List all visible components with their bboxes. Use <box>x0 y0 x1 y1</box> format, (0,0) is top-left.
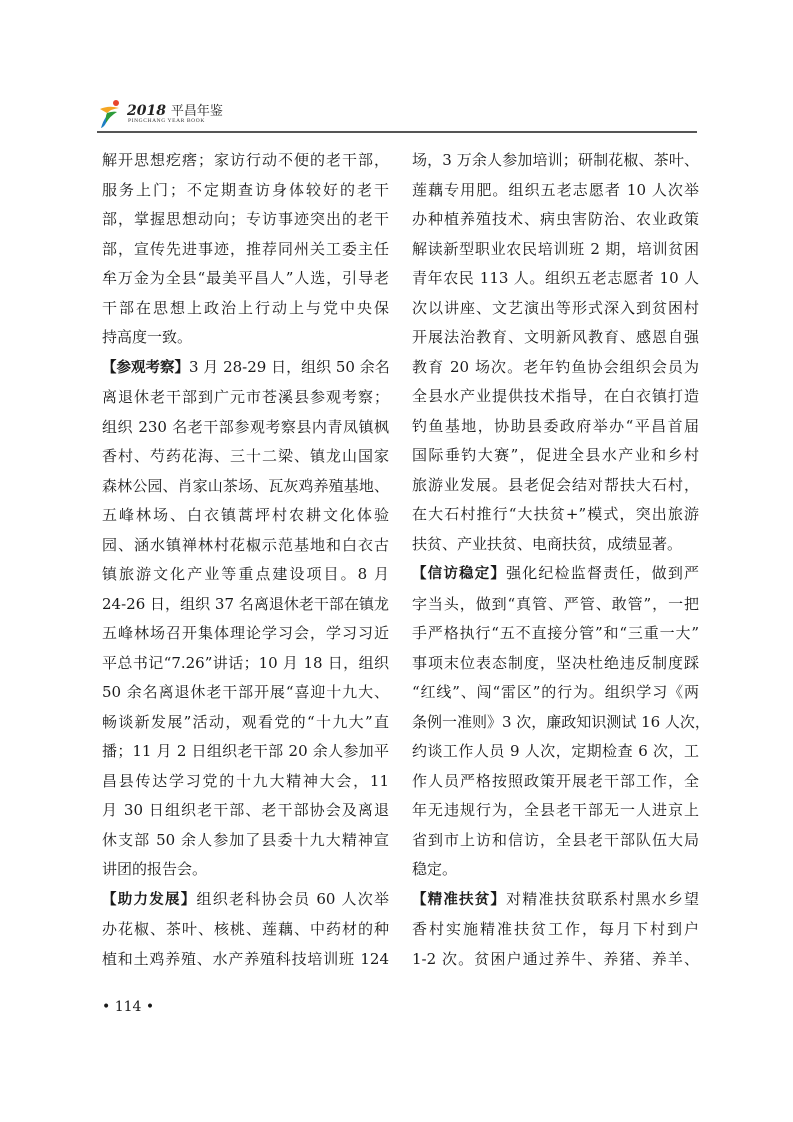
text-line: 畅谈新发展”活动，观看党的“十九大”直 <box>102 708 389 738</box>
text-line: 解开思想疙瘩；家访行动不便的老干部， <box>102 146 389 176</box>
text-line: 稳定。 <box>412 855 699 885</box>
left-column: 解开思想疙瘩；家访行动不便的老干部， 服务上门；不定期查访身体较好的老干 部，掌… <box>102 146 389 974</box>
text-line: 园、涵水镇禅林村花椒示范基地和白衣古 <box>102 531 389 561</box>
text-line: 年无违规行为，全县老干部无一人进京上 <box>412 796 699 826</box>
text-line: 条例一准则》3 次，廉政知识测试 16 人次， <box>412 708 699 738</box>
yearbook-title: 2018 平昌年鉴 <box>127 100 223 119</box>
text-line: 1-2 次。贫困户通过养牛、养猪、养羊、 <box>412 945 699 975</box>
text-line: 省到市上访和信访，全县老干部队伍大局 <box>412 826 699 856</box>
text-line: 香村实施精准扶贫工作，每月下村到户 <box>412 915 699 945</box>
text-line: 国际垂钓大赛”，促进全县水产业和乡村 <box>412 441 699 471</box>
text-line: 昌县传达学习党的十九大精神大会，11 <box>102 767 389 797</box>
section-petition-stability: 【信访稳定】强化纪检监督责任，做到严 字当头，做到“真管、严管、敢管”，一把 手… <box>412 559 699 885</box>
section-heading: 【助力发展】 <box>102 892 197 908</box>
text-line: 【参观考察】3 月 28-29 日，组织 50 余名 <box>102 353 389 384</box>
text-line: 服务上门；不定期查访身体较好的老干 <box>102 176 389 206</box>
section-heading: 【参观考察】 <box>102 360 189 376</box>
text-line: 讲团的报告会。 <box>102 855 389 885</box>
text-line: “红线”、闯“雷区”的行为。组织学习《两 <box>412 678 699 708</box>
text-line: 月 30 日组织老干部、老干部协会及离退 <box>102 796 389 826</box>
section-visit-inspection: 【参观考察】3 月 28-29 日，组织 50 余名 离退休老干部到广元市苍溪县… <box>102 353 389 885</box>
text-line: 【助力发展】组织老科协会员 60 人次举 <box>102 885 389 916</box>
text-line: 事项末位表态制度，坚决杜绝违反制度踩 <box>412 649 699 679</box>
text-line: 播；11 月 2 日组织老干部 20 余人参加平 <box>102 737 389 767</box>
section-heading: 【信访稳定】 <box>412 566 506 582</box>
text-line: 字当头，做到“真管、严管、敢管”，一把 <box>412 590 699 620</box>
text-line: 场，3 万余人参加培训；研制花椒、茶叶、 <box>412 146 699 176</box>
text-line: 在大石村推行“大扶贫+”模式，突出旅游 <box>412 500 699 530</box>
text-line: 50 余名离退休老干部开展“喜迎十九大、 <box>102 678 389 708</box>
yearbook-year: 2018 <box>127 103 166 119</box>
right-column: 场，3 万余人参加培训；研制花椒、茶叶、 莲藕专用肥。组织五老志愿者 10 人次… <box>412 146 699 974</box>
text-line: 旅游业发展。县老促会结对帮扶大石村， <box>412 471 699 501</box>
text-line: 教育 20 场次。老年钓鱼协会组织会员为 <box>412 353 699 383</box>
yearbook-subtitle: PINGCHANG YEAR BOOK <box>128 118 205 124</box>
text-line: 干部在思想上政治上行动上与党中央保 <box>102 294 389 324</box>
text-line: 【信访稳定】强化纪检监督责任，做到严 <box>412 559 699 590</box>
text-line: 平总书记“7.26”讲话；10 月 18 日，组织 <box>102 649 389 679</box>
paragraph-continuation: 解开思想疙瘩；家访行动不便的老干部， 服务上门；不定期查访身体较好的老干 部，掌… <box>102 146 389 353</box>
section-heading: 【精准扶贫】 <box>412 892 506 908</box>
text-line: 部，掌握思想动向；专访事迹突出的老干 <box>102 205 389 235</box>
text-line: 部，宣传先进事迹，推荐同州关工委主任 <box>102 235 389 265</box>
text-line: 扶贫、产业扶贫、电商扶贫，成绩显著。 <box>412 530 699 560</box>
yearbook-title-cn: 平昌年鉴 <box>171 104 223 119</box>
text-line: 休支部 50 余人参加了县委十九大精神宣 <box>102 826 389 856</box>
section-targeted-poverty-alleviation: 【精准扶贫】对精准扶贫联系村黑水乡望 香村实施精准扶贫工作，每月下村到户 1-2… <box>412 885 699 975</box>
text-line: 牟万金为全县“最美平昌人”人选，引导老 <box>102 264 389 294</box>
text-line: 组织 230 名老干部参观考察县内青凤镇枫 <box>102 413 389 443</box>
text-line: 钓鱼基地，协助县委政府举办“平昌首届 <box>412 412 699 442</box>
text-line: 离退休老干部到广元市苍溪县参观考察； <box>102 383 389 413</box>
yearbook-logo-icon <box>97 99 123 129</box>
text-line: 持高度一致。 <box>102 323 389 353</box>
text-line: 镇旅游文化产业等重点建设项目。8 月 <box>102 560 389 590</box>
text-line: 莲藕专用肥。组织五老志愿者 10 人次举 <box>412 176 699 206</box>
text-line: 五峰林场召开集体理论学习会，学习习近 <box>102 619 389 649</box>
text-line: 植和土鸡养殖、水产养殖科技培训班 124 <box>102 945 389 975</box>
text-line: 解读新型职业农民培训班 2 期，培训贫困 <box>412 235 699 265</box>
page-number: • 114 • <box>102 999 154 1015</box>
text-line: 开展法治教育、文明新风教育、感恩自强 <box>412 323 699 353</box>
text-line: 全县水产业提供技术指导，在白衣镇打造 <box>412 382 699 412</box>
text-line: 次以讲座、文艺演出等形式深入到贫困村 <box>412 294 699 324</box>
text-line: 24-26 日，组织 37 名离退休老干部在镇龙 <box>102 590 389 620</box>
text-line: 约谈工作人员 9 人次，定期检查 6 次，工 <box>412 737 699 767</box>
text-line: 香村、芍药花海、三十二梁、镇龙山国家 <box>102 442 389 472</box>
text-line: 办花椒、茶叶、核桃、莲藕、中药材的种 <box>102 915 389 945</box>
text-line: 森林公园、肖家山茶场、瓦灰鸡养殖基地、 <box>102 472 389 502</box>
text-line: 作人员严格按照政策开展老干部工作，全 <box>412 767 699 797</box>
header-divider <box>97 131 697 133</box>
text-line: 办种植养殖技术、病虫害防治、农业政策 <box>412 205 699 235</box>
page-header: 2018 平昌年鉴 PINGCHANG YEAR BOOK <box>97 99 697 129</box>
section-development-support: 【助力发展】组织老科协会员 60 人次举 办花椒、茶叶、核桃、莲藕、中药材的种 … <box>102 885 389 975</box>
text-line: 【精准扶贫】对精准扶贫联系村黑水乡望 <box>412 885 699 916</box>
text-line: 五峰林场、白衣镇蒿坪村农耕文化体验 <box>102 501 389 531</box>
text-line: 手严格执行“五不直接分管”和“三重一大” <box>412 619 699 649</box>
paragraph-continuation: 场，3 万余人参加培训；研制花椒、茶叶、 莲藕专用肥。组织五老志愿者 10 人次… <box>412 146 699 559</box>
text-line: 青年农民 113 人。组织五老志愿者 10 人 <box>412 264 699 294</box>
